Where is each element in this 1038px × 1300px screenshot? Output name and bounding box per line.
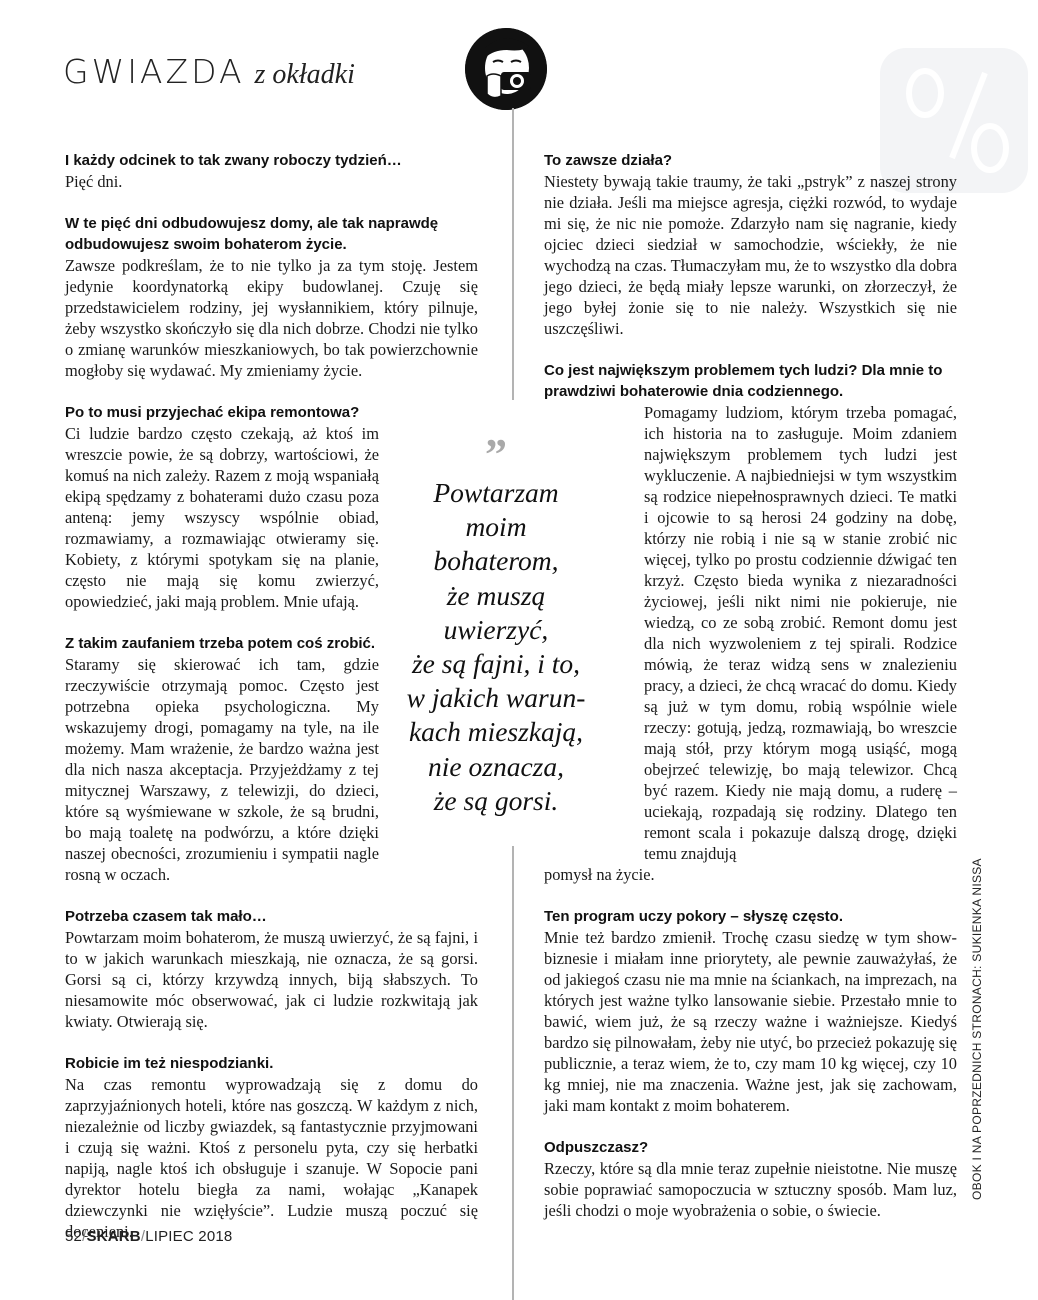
question: Po to musi przyjechać ekipa remontowa? (65, 402, 379, 423)
qa-block: Robicie im też niespodzianki. Na czas re… (65, 1053, 478, 1242)
qa-block: I każdy odcinek to tak zwany roboczy tyd… (65, 150, 478, 192)
column-divider-top (512, 108, 514, 400)
answer: Staramy się skierować ich tam, gdzie rze… (65, 654, 379, 885)
magazine-brand: SKARB (86, 1228, 140, 1245)
qa-block: W te pięć dni odbudowujesz domy, ale tak… (65, 213, 478, 381)
qa-block: Potrzeba czasem tak mało… Powtarzam moim… (65, 906, 478, 1032)
qa-block: To zawsze działa? Niestety bywają takie … (544, 150, 957, 339)
answer: Powtarzam moim bohaterom, że muszą uwier… (65, 927, 478, 1032)
avatar-illustration-icon (465, 28, 547, 110)
section-title: GWIAZDA (63, 52, 245, 91)
question: Odpuszczasz? (544, 1137, 957, 1158)
answer: Niestety bywają takie traumy, że taki „p… (544, 171, 957, 339)
page-footer: 52/SKARB/LIPIEC 2018 (65, 1228, 232, 1245)
question: Z takim zaufaniem trzeba potem coś zrobi… (65, 633, 379, 654)
column-divider-bottom (512, 846, 514, 1300)
answer: Na czas remontu wyprowadzają się z domu … (65, 1074, 478, 1242)
question: Ten program uczy pokory – słyszę często. (544, 906, 957, 927)
question: Robicie im też niespodzianki. (65, 1053, 478, 1074)
answer: Rzeczy, które są dla mnie teraz zupełnie… (544, 1158, 957, 1221)
qa-block: Ten program uczy pokory – słyszę często.… (544, 906, 957, 1116)
issue-date: LIPIEC 2018 (145, 1228, 232, 1245)
answer: Ci ludzie bardzo często czekają, aż ktoś… (65, 423, 379, 612)
question: To zawsze działa? (544, 150, 957, 171)
page-number: 52 (65, 1228, 82, 1245)
woman-with-camera-icon (465, 28, 547, 110)
section-header: GWIAZDAz okładki (63, 52, 355, 91)
question: W te pięć dni odbudowujesz domy, ale tak… (65, 213, 478, 255)
qa-block: Co jest największym problemem tych ludzi… (544, 360, 957, 885)
section-subtitle: z okładki (255, 59, 355, 90)
qa-block: Odpuszczasz? Rzeczy, które są dla mnie t… (544, 1137, 957, 1221)
answer: Pięć dni. (65, 171, 478, 192)
answer: Mnie też bardzo zmienił. Trochę czasu si… (544, 927, 957, 1116)
qa-block: Po to musi przyjechać ekipa remontowa? C… (65, 402, 379, 612)
question: Potrzeba czasem tak mało… (65, 906, 478, 927)
right-column: To zawsze działa? Niestety bywają takie … (544, 150, 957, 1221)
answer: Pomagamy ludziom, którym trzeba pomagać,… (644, 402, 957, 864)
answer: Zawsze podkreślam, że to nie tylko ja za… (65, 255, 478, 381)
question: I każdy odcinek to tak zwany roboczy tyd… (65, 150, 478, 171)
photo-credit: OBOK I NA POPRZEDNICH STRONACH: SUKIENKA… (970, 858, 984, 1200)
question: Co jest największym problemem tych ludzi… (544, 360, 957, 402)
qa-block: Z takim zaufaniem trzeba potem coś zrobi… (65, 633, 379, 885)
answer-tail: pomysł na życie. (544, 864, 957, 885)
